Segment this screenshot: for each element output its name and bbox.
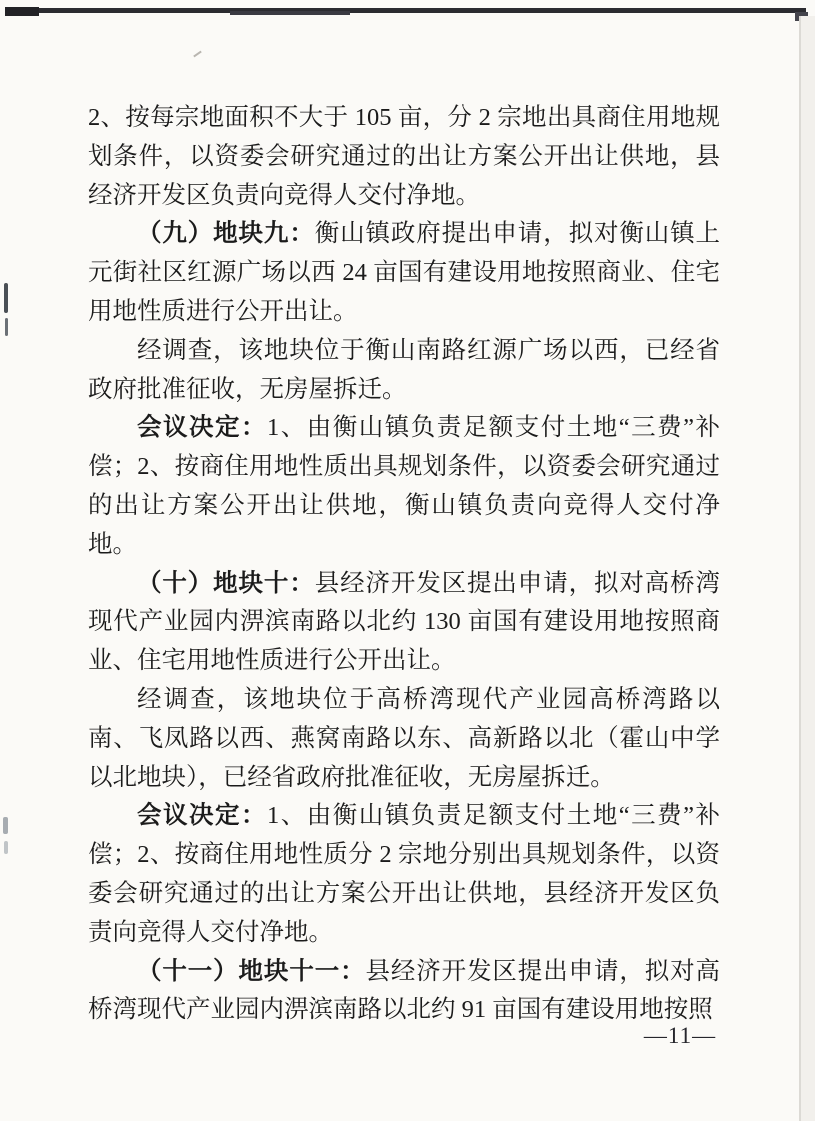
page-number: —11— [600, 1023, 760, 1049]
paragraph-investigation-nine: 经调查，该地块位于衡山南路红源广场以西，已经省政府批准征收，无房屋拆迁。 [88, 332, 720, 410]
scan-top-edge-mid [230, 11, 350, 15]
paragraph-decision-nine: 会议决定：1、由衡山镇负责足额支付土地“三费”补偿；2、按商住用地性质出具规划条… [88, 409, 720, 564]
scan-top-edge-left-cap [5, 7, 39, 16]
paragraph-lead: 会议决定： [137, 414, 267, 441]
paragraph-parcel-nine: （九）地块九：衡山镇政府提出申请，拟对衡山镇上元街社区红源广场以西 24 亩国有… [88, 215, 720, 331]
paragraph-text: 经调查，该地块位于衡山南路红源广场以西，已经省政府批准征收，无房屋拆迁。 [88, 337, 720, 403]
document-body: 2、按每宗地面积不大于 105 亩，分 2 宗地出具商住用地规划条件，以资委会研… [88, 99, 720, 1030]
scan-speck [193, 51, 202, 58]
scan-top-edge [5, 8, 806, 13]
paragraph-lead: （十一）地块十一： [137, 958, 365, 985]
scan-right-edge-line [799, 16, 801, 1121]
paragraph-lead: （九）地块九： [137, 220, 315, 247]
paragraph-parcel-eleven: （十一）地块十一：县经济开发区提出申请，拟对高桥湾现代产业园内淠滨南路以北约 9… [88, 953, 720, 1031]
paragraph-lead: （十）地块十： [137, 570, 315, 597]
paragraph-text: 经调查，该地块位于高桥湾现代产业园高桥湾路以南、飞凤路以西、燕窝南路以东、高新路… [88, 686, 720, 791]
scan-mark [4, 283, 8, 313]
paragraph-parcel-ten: （十）地块十：县经济开发区提出申请，拟对高桥湾现代产业园内淠滨南路以北约 130… [88, 565, 720, 681]
paragraph-investigation-ten: 经调查，该地块位于高桥湾现代产业园高桥湾路以南、飞凤路以西、燕窝南路以东、高新路… [88, 681, 720, 797]
scan-mark [5, 318, 8, 336]
scan-mark [4, 841, 8, 854]
scan-right-strip [801, 16, 815, 1121]
paragraph-lead: 会议决定： [137, 802, 267, 829]
paragraph-decision-ten: 会议决定：1、由衡山镇负责足额支付土地“三费”补偿；2、按商住用地性质分 2 宗… [88, 797, 720, 952]
scan-mark [3, 817, 8, 834]
paragraph-continuation: 2、按每宗地面积不大于 105 亩，分 2 宗地出具商住用地规划条件，以资委会研… [88, 99, 720, 215]
paragraph-text: 2、按每宗地面积不大于 105 亩，分 2 宗地出具商住用地规划条件，以资委会研… [88, 104, 720, 209]
